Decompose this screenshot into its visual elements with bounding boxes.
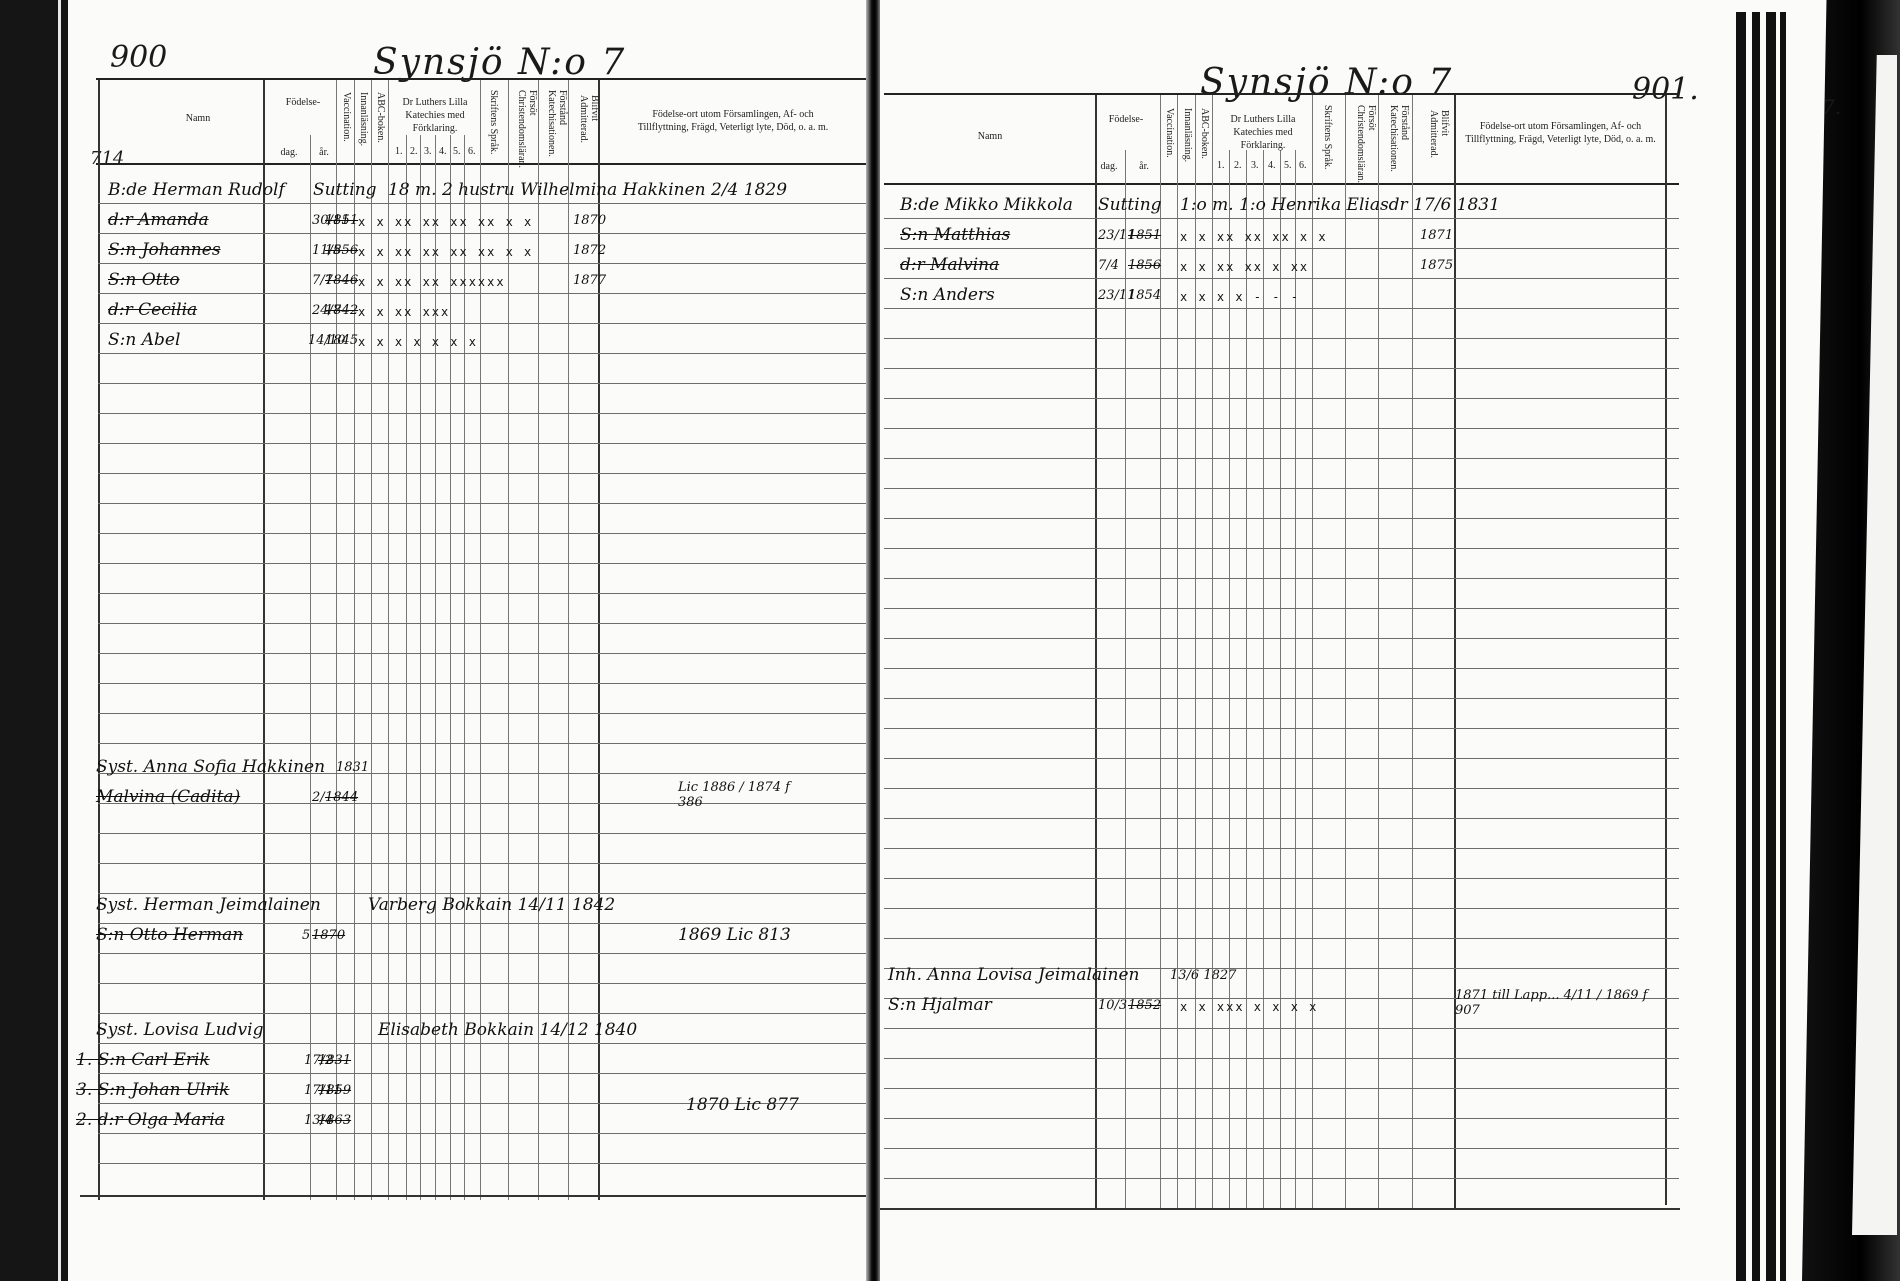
header-cat-part-2: 2. — [1234, 160, 1242, 171]
entry-marks: x x x x - - - — [1180, 290, 1300, 304]
entry-birth-day: 2/ — [312, 790, 325, 805]
row-rule — [884, 1178, 1679, 1179]
entry-birth: 1831 — [336, 760, 369, 775]
entry-birth-day: 7/4 — [1098, 258, 1119, 273]
row-rule — [98, 743, 868, 744]
header-scripture: Skriftens Språk. — [488, 90, 499, 162]
margin-note-left: 714 — [90, 148, 124, 169]
right-page: Synsjö N:o 7 901. Namn Födelse- dag. år.… — [880, 0, 1730, 1281]
entry-birth-year: 1852 — [1128, 998, 1161, 1013]
header-cat-part-3: 3. — [1251, 160, 1259, 171]
entry-name: 3. S:n Johan Ulrik — [76, 1080, 229, 1100]
col-rule-doctrine — [1378, 95, 1379, 1210]
row-rule — [884, 728, 1679, 729]
row-rule — [98, 293, 868, 294]
row-rule — [98, 263, 868, 264]
header-cat-part-5: 5. — [1284, 160, 1292, 171]
entry-birth-year: 1863 — [318, 1113, 351, 1128]
entry-remarks: 18 m. 2 hustru Wilhelmina Hakkinen 2/4 1… — [388, 180, 787, 200]
row-rule — [884, 518, 1679, 519]
row-rule — [98, 923, 868, 924]
entry-marks: x x xx xx xx xx x x — [358, 215, 533, 229]
row-rule — [884, 668, 1679, 669]
header-birth: Födelse- — [1095, 113, 1157, 126]
entry-name: B:de Herman Rudolf — [108, 180, 285, 200]
col-rule-understanding — [1412, 95, 1413, 1210]
row-rule — [884, 848, 1679, 849]
entry-birth-year: 1856 — [1128, 258, 1161, 273]
row-rule — [884, 338, 1679, 339]
col-rule-cat6 — [1312, 95, 1313, 1210]
entry-name: Syst. Anna Sofia Hakkinen — [96, 757, 325, 777]
col-rule-communion — [1454, 95, 1456, 1210]
page-number-left: 900 — [110, 40, 167, 75]
row-rule — [884, 398, 1679, 399]
entry-marks: x x xx xx xxxxxx — [358, 275, 506, 289]
row-rule — [98, 833, 868, 834]
col-rule-scripture — [1345, 95, 1346, 1210]
row-rule — [98, 413, 868, 414]
row-rule — [98, 1073, 868, 1074]
header-cat-part-5: 5. — [453, 146, 461, 157]
row-rule — [884, 548, 1679, 549]
entry-communion: 1877 — [573, 273, 606, 288]
row-rule — [98, 473, 868, 474]
row-rule — [884, 908, 1679, 909]
entry-remarks: Elisabeth Bokkain 14/12 1840 — [378, 1020, 637, 1040]
header-top-rule — [884, 93, 1679, 95]
entry-communion: 1870 — [573, 213, 606, 228]
header-remarks: Födelse-ort utom Församlingen, Af- och T… — [628, 108, 838, 134]
entry-name: 1. S:n Carl Erik — [76, 1050, 210, 1070]
header-abc-book: ABC-boken. — [375, 92, 386, 162]
entry-birth-year: 1845 — [325, 333, 358, 348]
col-rule-cat1 — [406, 135, 407, 1200]
entry-birth-year: 1856 — [325, 243, 358, 258]
row-rule — [884, 638, 1679, 639]
header-cat-part-1: 1. — [395, 146, 403, 157]
row-rule — [98, 323, 868, 324]
entry-birth-year: 1851 — [325, 213, 358, 228]
row-rule — [884, 1118, 1679, 1119]
entry-birth-year: 1842 — [325, 303, 358, 318]
entry-name: Malvina (Cadita) — [96, 787, 240, 807]
entry-birth: Sutting — [1098, 195, 1162, 215]
row-rule — [884, 218, 1679, 219]
col-rule-cat3 — [1263, 150, 1264, 1210]
col-rule-cat5 — [1295, 150, 1296, 1210]
row-rule — [884, 488, 1679, 489]
entry-marks: x x xx xxx — [358, 305, 450, 319]
header-birth: Födelse- — [278, 96, 328, 109]
entry-name: S:n Otto — [108, 270, 180, 290]
entry-name: S:n Hjalmar — [888, 995, 992, 1015]
entry-name: Syst. Lovisa Ludvig — [96, 1020, 264, 1040]
row-rule — [884, 308, 1679, 309]
col-rule-cat4 — [1280, 150, 1281, 1210]
row-rule — [98, 1013, 868, 1014]
row-rule — [98, 713, 868, 714]
entry-marks: x x xx xx xx xx x x — [358, 245, 533, 259]
header-name: Namn — [960, 130, 1020, 143]
header-understanding: Förstånd Katechisationen. — [546, 90, 568, 162]
row-rule — [884, 1148, 1679, 1149]
header-birth-day: dag. — [274, 146, 304, 159]
page-bottom-rule — [880, 1208, 1680, 1210]
col-rule-right-margin — [1665, 95, 1667, 1205]
header-communion: Blifvit Admitterad. — [578, 95, 600, 160]
header-cat-part-1: 1. — [1217, 160, 1225, 171]
entry-name: B:de Mikko Mikkola — [900, 195, 1073, 215]
header-name: Namn — [168, 112, 228, 125]
entry-remarks: Varberg Bokkain 14/11 1842 — [368, 895, 615, 915]
entry-name: Syst. Herman Jeimalainen — [96, 895, 321, 915]
left-page: 900 Synsjö N:o 7 714 Namn Födelse- dag. … — [68, 0, 868, 1281]
entry-birth-year: 1854 — [1128, 288, 1161, 303]
row-rule — [98, 893, 868, 894]
entry-communion: 1871 — [1420, 228, 1453, 243]
entry-marks: x x xxx x x x x — [1180, 1000, 1318, 1014]
header-cat-part-6: 6. — [1299, 160, 1307, 171]
entry-remarks: Lic 1886 / 1874 f 386 — [678, 780, 798, 810]
row-rule — [884, 428, 1679, 429]
col-rule-cat2 — [420, 135, 421, 1200]
header-vaccination: Vaccination. — [341, 92, 352, 162]
entry-name: S:n Abel — [108, 330, 180, 350]
entry-birth: 13/6 1827 — [1170, 968, 1236, 983]
entry-birth-year: 1846 — [325, 273, 358, 288]
entry-name: d:r Amanda — [108, 210, 209, 230]
row-rule — [98, 353, 868, 354]
row-rule — [884, 248, 1679, 249]
entry-birth-year: 1831 — [318, 1053, 351, 1068]
row-rule — [98, 443, 868, 444]
row-rule — [884, 758, 1679, 759]
row-rule — [98, 383, 868, 384]
row-rule — [884, 938, 1679, 939]
row-rule — [884, 458, 1679, 459]
header-remarks: Födelse-ort utom Församlingen, Af- och T… — [1458, 120, 1663, 146]
col-rule-name — [1095, 95, 1097, 1210]
header-cat-part-4: 4. — [439, 146, 447, 157]
page-bottom-rule — [80, 1195, 870, 1197]
entry-name: S:n Matthias — [900, 225, 1010, 245]
entry-birth-year: 1844 — [325, 790, 358, 805]
row-rule — [98, 593, 868, 594]
col-rule-cat2 — [1246, 150, 1247, 1210]
book-fore-edge: 7. — [1722, 0, 1900, 1281]
col-rule-cat5 — [464, 135, 465, 1200]
row-rule — [98, 1163, 868, 1164]
col-rule-birth-day — [1125, 150, 1126, 1210]
row-rule — [98, 953, 868, 954]
row-rule — [884, 608, 1679, 609]
header-scripture: Skriftens Språk. — [1322, 105, 1333, 180]
entry-birth: Sutting — [313, 180, 377, 200]
row-rule — [98, 203, 868, 204]
col-rule-vacc — [1177, 95, 1178, 1210]
page-leaf-edge — [1736, 12, 1746, 1281]
row-rule — [98, 863, 868, 864]
header-cat-part-2: 2. — [410, 146, 418, 157]
row-rule — [98, 623, 868, 624]
entry-remarks: 1:o m. 1:o Henrika Eliasdr 17/6 1831 — [1180, 195, 1500, 215]
entry-marks: x x xx xx xx x x — [1180, 230, 1328, 244]
entry-name: S:n Johannes — [108, 240, 221, 260]
row-rule — [98, 653, 868, 654]
row-rule — [884, 788, 1679, 789]
header-reading: Innanläsning. — [1182, 108, 1193, 180]
entry-name: S:n Otto Herman — [96, 925, 243, 945]
col-rule-cat4 — [450, 135, 451, 1200]
header-understanding: Förstånd Katechisationen. — [1388, 105, 1410, 180]
edge-mark: 7. — [1822, 95, 1841, 119]
entry-birth-year: 1870 — [312, 928, 345, 943]
header-bottom-rule — [96, 163, 876, 165]
entry-marks: x x xx xx x xx — [1180, 260, 1309, 274]
col-rule-cat1 — [1229, 150, 1230, 1210]
entry-name: Inh. Anna Lovisa Jeimalainen — [888, 965, 1140, 985]
row-rule — [98, 1043, 868, 1044]
header-birth-day: dag. — [1095, 160, 1123, 173]
page-leaf-edge — [1780, 12, 1786, 1281]
village-title-left: Synsjö N:o 7 — [373, 42, 626, 83]
header-bottom-rule — [884, 183, 1679, 185]
header-vaccination: Vaccination. — [1164, 108, 1175, 180]
book-binding-left-edge — [0, 0, 68, 1281]
page-leaf-edge — [1752, 12, 1760, 1281]
row-rule — [884, 698, 1679, 699]
entry-name: S:n Anders — [900, 285, 995, 305]
entry-birth-day: 10/3 — [1098, 998, 1127, 1013]
row-rule — [884, 578, 1679, 579]
entry-remarks: 1871 till Lapp... 4/11 / 1869 f 907 — [1455, 988, 1660, 1018]
row-rule — [884, 1028, 1679, 1029]
row-rule — [98, 533, 868, 534]
col-rule-cat3 — [435, 135, 436, 1200]
header-birth-year: år. — [313, 146, 335, 159]
entry-birth-year: 1859 — [318, 1083, 351, 1098]
row-rule — [98, 503, 868, 504]
header-top-rule — [96, 78, 876, 80]
header-communion: Blifvit Admitterad. — [1428, 110, 1450, 180]
entry-name: 2. d:r Olga Maria — [76, 1110, 225, 1130]
row-rule — [98, 1133, 868, 1134]
entry-communion: 1875 — [1420, 258, 1453, 273]
header-reading: Innanläsning. — [358, 92, 369, 162]
page-leaf-edge — [1766, 12, 1776, 1281]
header-cat-part-3: 3. — [424, 146, 432, 157]
row-rule — [884, 878, 1679, 879]
row-rule — [98, 233, 868, 234]
header-catechism: Dr Luthers Lilla Katechies med Förklarin… — [1214, 113, 1312, 152]
row-rule — [884, 368, 1679, 369]
row-rule — [98, 563, 868, 564]
row-rule — [884, 1058, 1679, 1059]
row-rule — [884, 1088, 1679, 1089]
row-rule — [884, 818, 1679, 819]
header-catechism: Dr Luthers Lilla Katechies med Förklarin… — [390, 96, 480, 135]
entry-name: d:r Cecilia — [108, 300, 197, 320]
entry-birth-year: 1851 — [1128, 228, 1161, 243]
header-abc-book: ABC-boken. — [1199, 108, 1210, 180]
entry-marks: x x x x x x x — [358, 335, 478, 349]
col-rule-birth-day — [310, 135, 311, 1200]
entry-birth-day: 5 — [302, 928, 310, 943]
header-doctrine: Försöt Christendomsläran. — [1355, 105, 1377, 180]
entry-name: d:r Malvina — [900, 255, 999, 275]
header-birth-year: år. — [1130, 160, 1158, 173]
row-rule — [884, 278, 1679, 279]
header-cat-part-4: 4. — [1268, 160, 1276, 171]
village-title-right: Synsjö N:o 7 — [1200, 62, 1453, 103]
entry-remarks: 1869 Lic 813 — [678, 925, 791, 945]
header-cat-part-6: 6. — [468, 146, 476, 157]
row-rule — [98, 983, 868, 984]
entry-communion: 1872 — [573, 243, 606, 258]
entry-remarks: 1870 Lic 877 — [686, 1095, 799, 1115]
header-doctrine: Försöt Christendomsläran. — [516, 90, 538, 162]
row-rule — [98, 683, 868, 684]
